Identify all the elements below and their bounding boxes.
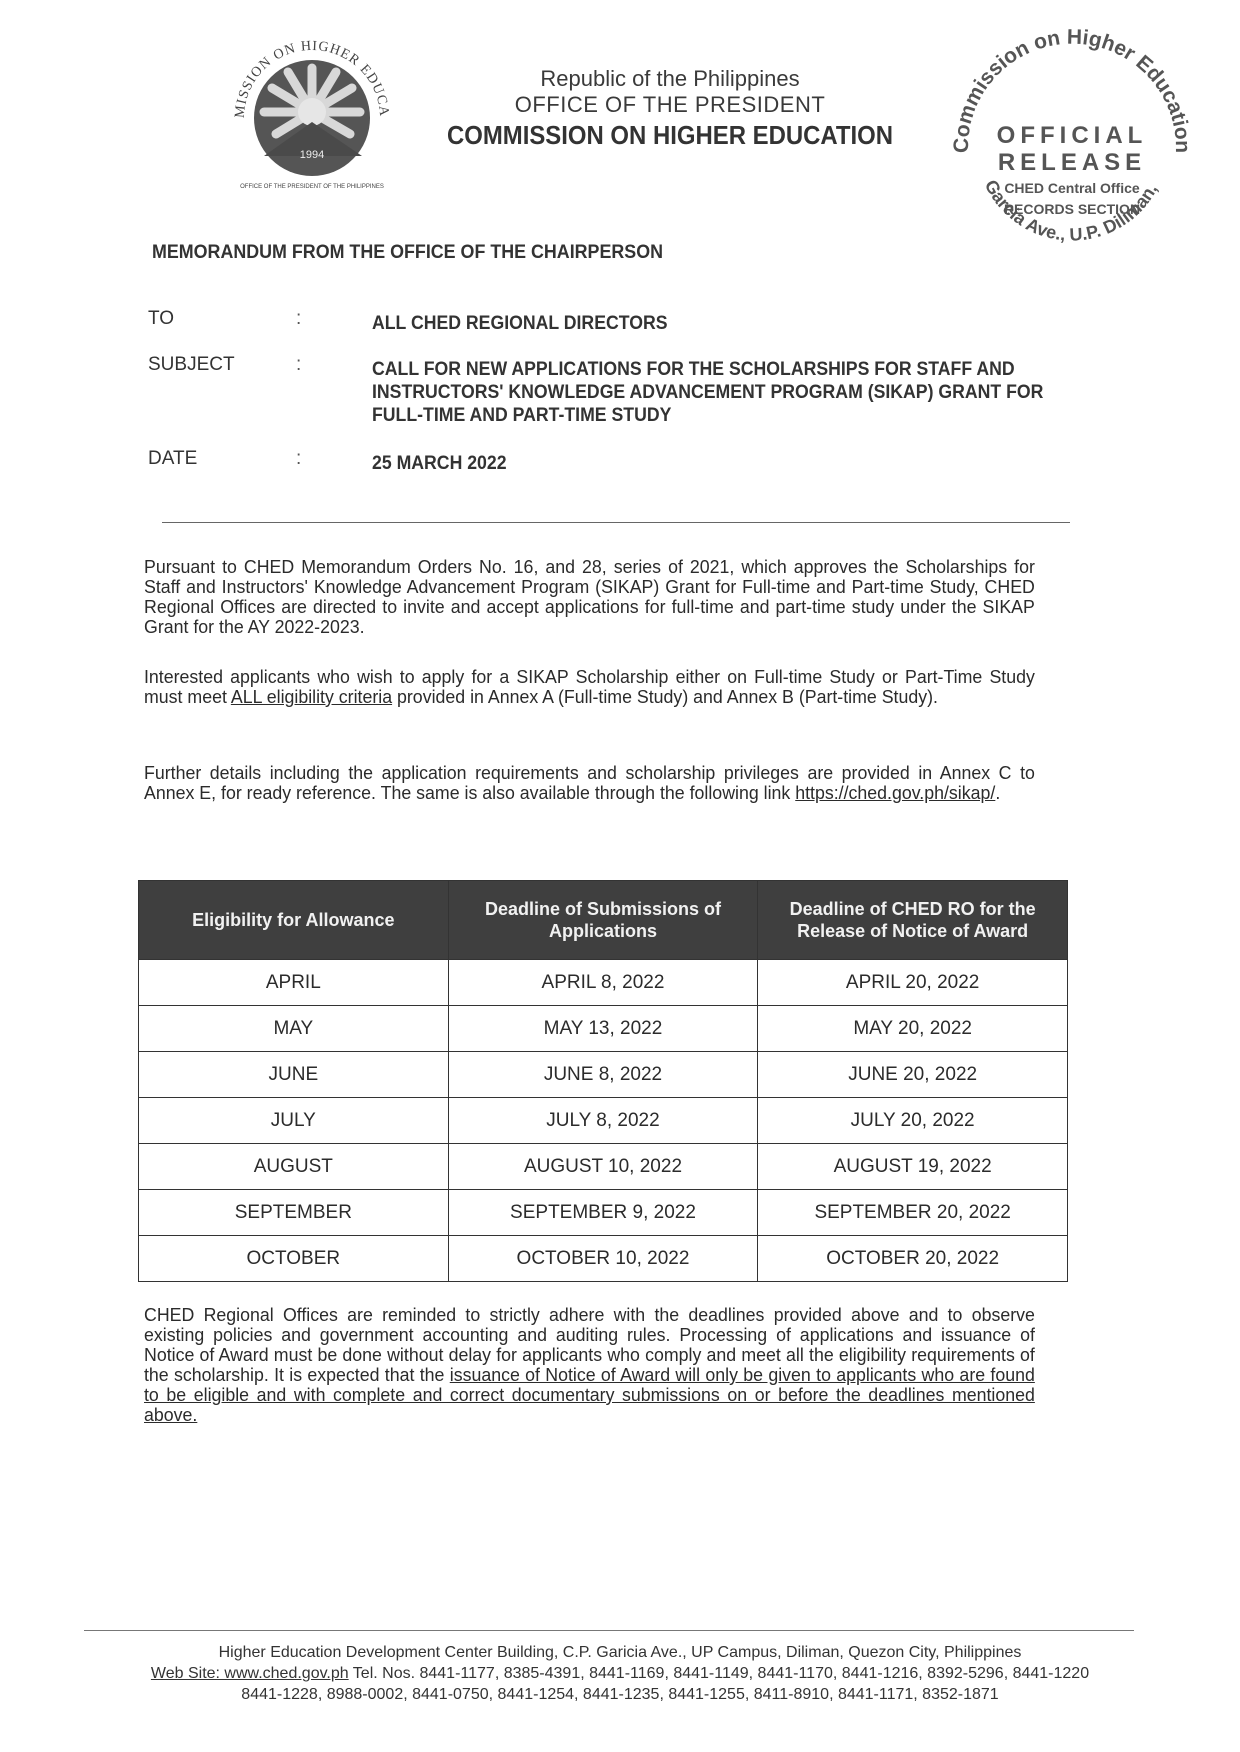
letterhead-republic: Republic of the Philippines — [400, 66, 940, 92]
to-label: TO — [148, 308, 174, 330]
date-colon: : — [296, 448, 301, 470]
eligibility-month-cell: JUNE — [139, 1052, 449, 1098]
paragraph-reminder: CHED Regional Offices are reminded to st… — [144, 1305, 1035, 1425]
submission-deadline-cell: APRIL 8, 2022 — [448, 960, 758, 1006]
memo-date-row: DATE : 25 MARCH 2022 — [148, 448, 1088, 474]
memo-subject-row: SUBJECT : CALL FOR NEW APPLICATIONS FOR … — [148, 354, 1088, 434]
submission-deadline-cell: JULY 8, 2022 — [448, 1098, 758, 1144]
table-row: AUGUSTAUGUST 10, 2022AUGUST 19, 2022 — [139, 1144, 1068, 1190]
submission-deadline-cell: AUGUST 10, 2022 — [448, 1144, 758, 1190]
date-value: 25 MARCH 2022 — [372, 452, 1023, 475]
memo-from-heading: MEMORANDUM FROM THE OFFICE OF THE CHAIRP… — [152, 242, 663, 264]
paragraph-further-details: Further details including the applicatio… — [144, 763, 1035, 803]
eligibility-month-cell: APRIL — [139, 960, 449, 1006]
table-row: SEPTEMBERSEPTEMBER 9, 2022SEPTEMBER 20, … — [139, 1190, 1068, 1236]
eligibility-criteria-emphasis: ALL eligibility criteria — [231, 686, 392, 707]
eligibility-month-cell: SEPTEMBER — [139, 1190, 449, 1236]
letterhead-agency: COMMISSION ON HIGHER EDUCATION — [422, 118, 919, 152]
footer: Higher Education Development Center Buil… — [90, 1642, 1150, 1705]
ched-seal-logo: 1994 COMMISSION ON HIGHER EDUCATION OFFI… — [222, 26, 402, 206]
table-row: JULYJULY 8, 2022JULY 20, 2022 — [139, 1098, 1068, 1144]
release-deadline-cell: MAY 20, 2022 — [758, 1006, 1068, 1052]
svg-text:RELEASE: RELEASE — [998, 149, 1146, 176]
website-link[interactable]: Web Site: www.ched.gov.ph — [151, 1665, 349, 1682]
eligibility-month-cell: AUGUST — [139, 1144, 449, 1190]
submission-deadline-cell: JUNE 8, 2022 — [448, 1052, 758, 1098]
subject-colon: : — [296, 354, 301, 376]
sikap-link[interactable]: https://ched.gov.ph/sikap/ — [795, 782, 995, 803]
release-deadline-cell: SEPTEMBER 20, 2022 — [758, 1190, 1068, 1236]
release-deadline-cell: JULY 20, 2022 — [758, 1098, 1068, 1144]
letterhead: Republic of the Philippines OFFICE OF TH… — [400, 66, 940, 152]
table-row: APRILAPRIL 8, 2022APRIL 20, 2022 — [139, 960, 1068, 1006]
submission-deadline-cell: SEPTEMBER 9, 2022 — [448, 1190, 758, 1236]
footer-address: Higher Education Development Center Buil… — [90, 1642, 1150, 1663]
official-release-stamp: Commission on Higher Education C.P. Garc… — [948, 28, 1196, 276]
subject-value: CALL FOR NEW APPLICATIONS FOR THE SCHOLA… — [372, 358, 1051, 427]
eligibility-month-cell: MAY — [139, 1006, 449, 1052]
memo-to-row: TO : ALL CHED REGIONAL DIRECTORS — [148, 308, 1088, 334]
table-row: JUNEJUNE 8, 2022JUNE 20, 2022 — [139, 1052, 1068, 1098]
table-row: MAYMAY 13, 2022MAY 20, 2022 — [139, 1006, 1068, 1052]
subject-label: SUBJECT — [148, 354, 235, 376]
table-row: OCTOBEROCTOBER 10, 2022OCTOBER 20, 2022 — [139, 1236, 1068, 1282]
para3-text-end: . — [995, 782, 1000, 803]
para2-text-end: provided in Annex A (Full-time Study) an… — [392, 686, 938, 707]
to-colon: : — [296, 308, 301, 330]
to-value: ALL CHED REGIONAL DIRECTORS — [372, 312, 1023, 335]
footer-tel-1: Tel. Nos. 8441-1177, 8385-4391, 8441-116… — [349, 1665, 1089, 1682]
footer-contacts: Web Site: www.ched.gov.ph Tel. Nos. 8441… — [90, 1663, 1150, 1684]
eligibility-month-cell: JULY — [139, 1098, 449, 1144]
table-header-row: Eligibility for Allowance Deadline of Su… — [139, 881, 1068, 960]
deadlines-table: Eligibility for Allowance Deadline of Su… — [138, 880, 1068, 1282]
header-release-deadline: Deadline of CHED RO for the Release of N… — [758, 881, 1068, 960]
submission-deadline-cell: MAY 13, 2022 — [448, 1006, 758, 1052]
svg-text:OFFICIAL: OFFICIAL — [997, 122, 1148, 149]
header-submission-deadline: Deadline of Submissions of Applications — [448, 881, 758, 960]
letterhead-office: OFFICE OF THE PRESIDENT — [400, 92, 940, 118]
svg-text:RECORDS SECTION: RECORDS SECTION — [1004, 201, 1140, 217]
date-label: DATE — [148, 448, 197, 470]
paragraph-pursuant: Pursuant to CHED Memorandum Orders No. 1… — [144, 557, 1035, 637]
release-deadline-cell: APRIL 20, 2022 — [758, 960, 1068, 1006]
svg-text:OFFICE OF THE PRESIDENT OF THE: OFFICE OF THE PRESIDENT OF THE PHILIPPIN… — [240, 184, 384, 190]
svg-text:CHED Central Office: CHED Central Office — [1004, 180, 1140, 196]
svg-text:1994: 1994 — [300, 149, 324, 161]
header-eligibility: Eligibility for Allowance — [139, 881, 449, 960]
paragraph-eligibility: Interested applicants who wish to apply … — [144, 667, 1035, 707]
release-deadline-cell: AUGUST 19, 2022 — [758, 1144, 1068, 1190]
release-deadline-cell: JUNE 20, 2022 — [758, 1052, 1068, 1098]
eligibility-month-cell: OCTOBER — [139, 1236, 449, 1282]
release-deadline-cell: OCTOBER 20, 2022 — [758, 1236, 1068, 1282]
footer-tel-2: 8441-1228, 8988-0002, 8441-0750, 8441-12… — [90, 1684, 1150, 1705]
header-divider — [162, 522, 1070, 523]
footer-divider — [84, 1630, 1134, 1631]
submission-deadline-cell: OCTOBER 10, 2022 — [448, 1236, 758, 1282]
